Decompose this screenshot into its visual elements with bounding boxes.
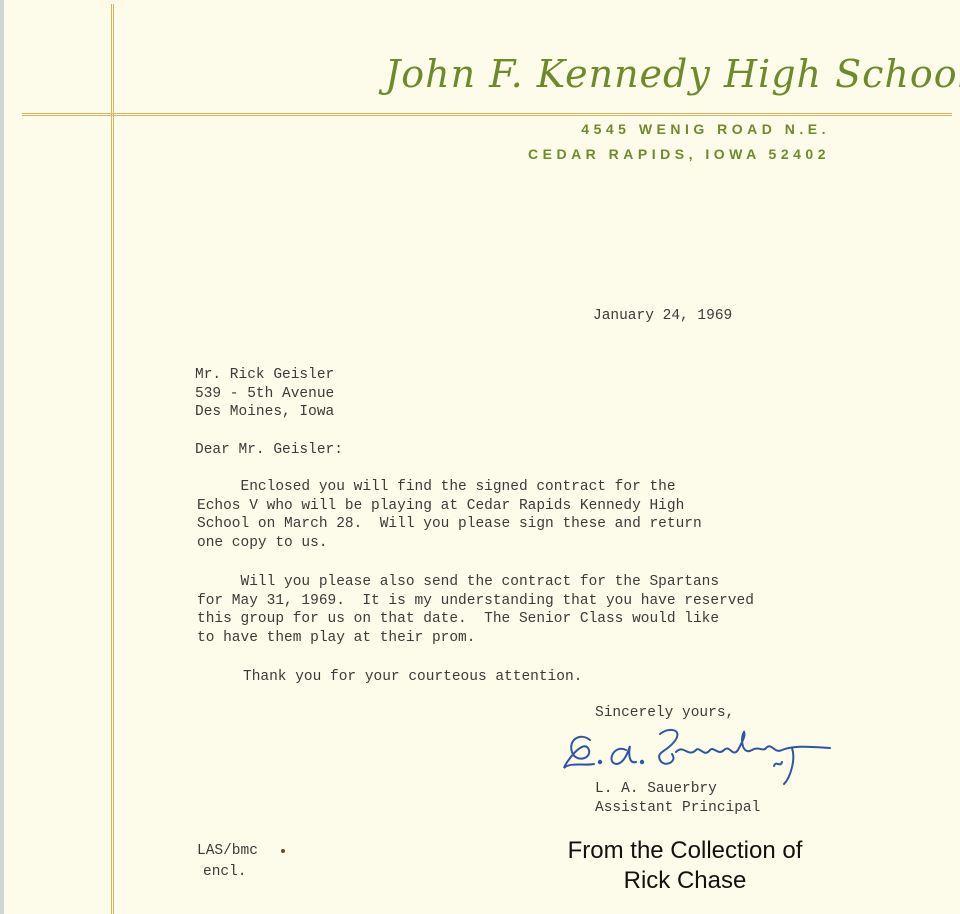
collection-line-2: Rick Chase xyxy=(520,866,850,896)
paragraph-line: one copy to us. xyxy=(197,534,702,553)
paragraph-line: this group for us on that date. The Seni… xyxy=(197,610,754,629)
collection-caption: From the Collection ofRick Chase xyxy=(520,836,850,896)
paragraph-line: Will you please also send the contract f… xyxy=(197,573,754,592)
paragraph-line: to have them play at their prom. xyxy=(197,629,754,648)
salutation: Dear Mr. Geisler: xyxy=(195,441,343,460)
paragraph-1: Enclosed you will find the signed contra… xyxy=(197,478,702,552)
letter-date: January 24, 1969 xyxy=(593,307,732,326)
signer-block: L. A. SauerbryAssistant Principal xyxy=(595,780,760,817)
collection-line-1: From the Collection of xyxy=(520,836,850,866)
closing: Sincerely yours, xyxy=(595,704,734,723)
thanks-line: Thank you for your courteous attention. xyxy=(243,668,582,687)
reference-initials: LAS/bmc xyxy=(197,842,258,861)
recipient-name: Mr. Rick Geisler xyxy=(195,366,334,385)
reference-block: LAS/bmcencl. xyxy=(197,842,258,881)
letterhead-horizontal-rule xyxy=(22,113,952,116)
scan-edge xyxy=(0,0,4,914)
recipient-street: 539 - 5th Avenue xyxy=(195,385,334,404)
recipient-address: Mr. Rick Geisler539 - 5th AvenueDes Moin… xyxy=(195,366,334,422)
letterhead-vertical-rule xyxy=(111,4,114,914)
enclosure-notation: encl. xyxy=(197,863,258,882)
address-line-1: 4545 WENIG ROAD N.E. xyxy=(581,121,830,137)
address-line-2: CEDAR RAPIDS, IOWA 52402 xyxy=(528,146,830,162)
paragraph-line: Echos V who will be playing at Cedar Rap… xyxy=(197,497,702,516)
ink-dot xyxy=(281,849,285,853)
recipient-city: Des Moines, Iowa xyxy=(195,403,334,422)
school-name: John F. Kennedy High School xyxy=(385,52,835,96)
paragraph-line: for May 31, 1969. It is my understanding… xyxy=(197,592,754,611)
paragraph-2: Will you please also send the contract f… xyxy=(197,573,754,647)
paragraph-line: Enclosed you will find the signed contra… xyxy=(197,478,702,497)
paragraph-line: School on March 28. Will you please sign… xyxy=(197,515,702,534)
signer-title: Assistant Principal xyxy=(595,799,760,818)
signer-name: L. A. Sauerbry xyxy=(595,780,760,799)
